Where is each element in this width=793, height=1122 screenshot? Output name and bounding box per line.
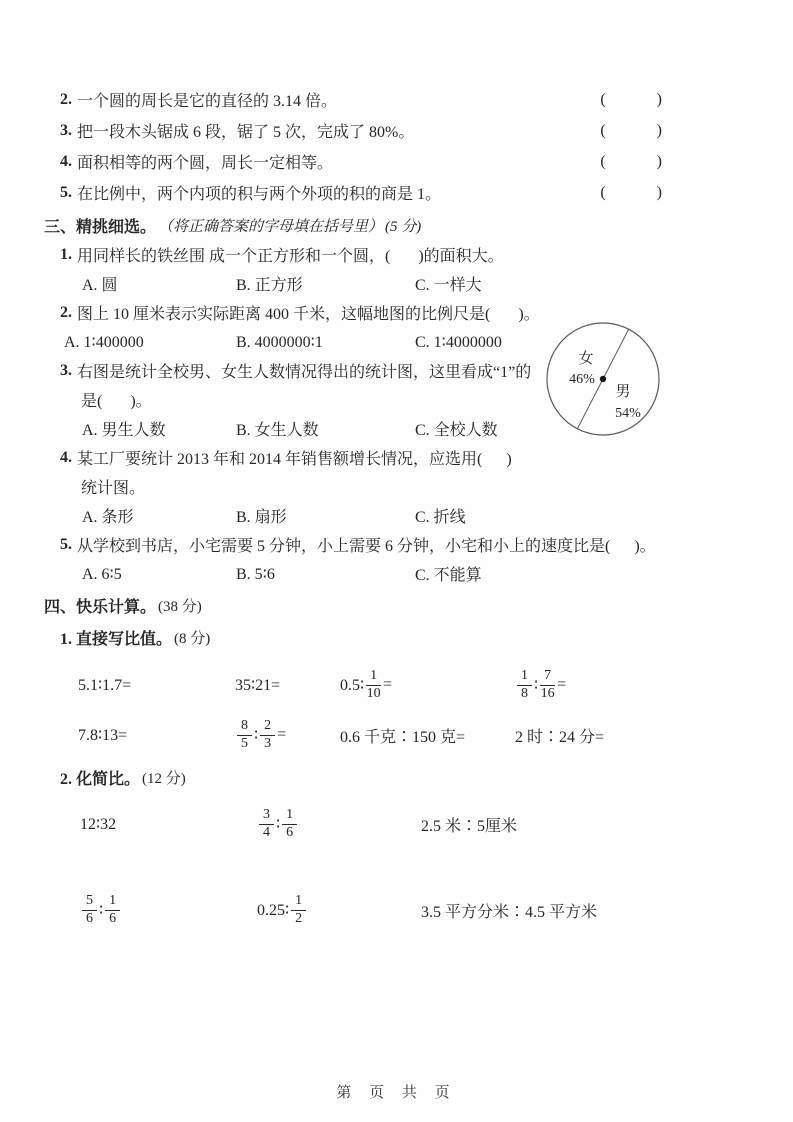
question-number: 5.: [60, 536, 72, 554]
fraction: 110: [366, 669, 381, 701]
expression: 0.6 千克∶150 克=: [340, 724, 515, 747]
expression: 12∶32: [80, 814, 257, 834]
item-text: 把一段木头锯成 6 段，锯了 5 次，完成了 80%。: [77, 119, 414, 142]
page-footer: 第 页 共 页: [0, 1081, 793, 1102]
fraction: 85: [237, 719, 252, 751]
write-ratio-row-1: 5.1∶1.7= 35∶21= 0.5∶110= 18∶716=: [60, 660, 745, 710]
fraction: 18: [517, 669, 532, 701]
option-c: C. 折线: [415, 504, 745, 527]
pie-slice-female-percent: 46%: [569, 372, 595, 387]
tf-item-4: 4. 面积相等的两个圆，周长一定相等。 ( ): [60, 146, 745, 177]
choice-q5: 5. 从学校到书店，小宅需要 5 分钟，小上需要 6 分钟，小宅和小上的速度比是…: [60, 530, 745, 559]
sub-label-score: (8 分): [174, 627, 210, 648]
expression: 34∶16: [257, 808, 421, 840]
question-text: 右图是统计全校男、女生人数情况得出的统计图，这里看成“1”的: [77, 359, 531, 382]
fraction: 16: [105, 894, 120, 926]
tf-item-3: 3. 把一段木头锯成 6 段，锯了 5 次，完成了 80%。 ( ): [60, 115, 745, 146]
section-note: （将正确答案的字母填在括号里）: [158, 215, 383, 236]
expression: 0.25∶12: [257, 894, 421, 926]
choice-q1-options: A. 圆 B. 正方形 C. 一样大: [60, 269, 745, 298]
option-b: B. 女生人数: [236, 417, 415, 440]
fraction: 16: [282, 808, 297, 840]
fraction: 716: [540, 669, 555, 701]
exam-paper-page: 2. 一个圆的周长是它的直径的 3.14 倍。 ( ) 3. 把一段木头锯成 6…: [0, 0, 793, 1122]
sub-label-text: 1. 直接写比值。: [60, 626, 172, 649]
simplify-row-1: 12∶32 34∶16 2.5 米∶5厘米: [60, 800, 745, 848]
pie-slice-male-percent: 54%: [615, 406, 641, 421]
choice-q1: 1. 用同样长的铁丝围 成一个正方形和一个圆，( )的面积大。: [60, 240, 745, 269]
option-a: A. 1∶400000: [64, 332, 236, 352]
answer-bracket: ( ): [600, 184, 663, 202]
pie-slice-male-label: 男: [615, 383, 630, 400]
expression: 85∶23=: [235, 719, 340, 751]
write-ratio-row-2: 7.8∶13= 85∶23= 0.6 千克∶150 克= 2 时∶24 分=: [60, 710, 745, 760]
answer-bracket: ( ): [600, 153, 663, 171]
fraction: 34: [259, 808, 274, 840]
tf-item-2: 2. 一个圆的周长是它的直径的 3.14 倍。 ( ): [60, 84, 745, 115]
expression: 0.5∶110=: [340, 669, 515, 701]
option-b: B. 5∶6: [236, 564, 415, 584]
choice-q4-options: A. 条形 B. 扇形 C. 折线: [60, 501, 745, 530]
option-a: A. 圆: [82, 272, 236, 295]
answer-bracket: ( ): [600, 91, 663, 109]
option-b: B. 扇形: [236, 504, 415, 527]
expression: 2.5 米∶5厘米: [421, 813, 745, 836]
question-number: 2.: [60, 304, 72, 322]
section-4-heading: 四、快乐计算。 (38 分): [44, 590, 745, 620]
fraction: 12: [291, 894, 306, 926]
question-text: 图上 10 厘米表示实际距离 400 千米，这幅地图的比例尺是( )。: [77, 301, 540, 324]
question-number: 1.: [60, 246, 72, 264]
choice-q4-line2: 统计图。: [60, 472, 745, 501]
answer-bracket: ( ): [600, 122, 663, 140]
section-3-heading: 三、精挑细选。 （将正确答案的字母填在括号里） (5 分): [44, 210, 745, 240]
question-number: 4.: [60, 449, 72, 467]
fraction: 23: [260, 719, 275, 751]
write-ratio-label: 1. 直接写比值。 (8 分): [60, 623, 745, 652]
section-score: (5 分): [385, 215, 421, 236]
choice-q4-line1: 4. 某工厂要统计 2013 年和 2014 年销售额增长情况，应选用( ): [60, 443, 745, 472]
expression: 2 时∶24 分=: [515, 724, 745, 747]
expression: 35∶21=: [235, 675, 340, 695]
question-text: 是( )。: [81, 388, 152, 411]
question-number: 3.: [60, 362, 72, 380]
item-text: 在比例中，两个内项的积与两个外项的积的商是 1。: [77, 181, 441, 204]
calc-section: 四、快乐计算。 (38 分) 1. 直接写比值。 (8 分) 5.1∶1.7= …: [60, 590, 745, 934]
question-text: 用同样长的铁丝围 成一个正方形和一个圆，( )的面积大。: [77, 243, 504, 266]
expression: 3.5 平方分米∶4.5 平方米: [421, 899, 745, 922]
sub-label-text: 2. 化简比。: [60, 766, 140, 789]
gender-pie-chart: 女 46% 男 54%: [544, 320, 664, 440]
fraction: 56: [82, 894, 97, 926]
simplify-ratio-label: 2. 化简比。 (12 分): [60, 763, 745, 792]
pie-chart-svg: 女 46% 男 54%: [544, 320, 662, 438]
item-number: 2.: [60, 91, 72, 109]
item-number: 5.: [60, 184, 72, 202]
section-score: (38 分): [158, 595, 202, 616]
option-a: A. 6∶5: [82, 564, 236, 584]
item-number: 4.: [60, 153, 72, 171]
option-a: A. 条形: [82, 504, 236, 527]
expression: 7.8∶13=: [78, 725, 235, 745]
expression: 18∶716=: [515, 669, 745, 701]
item-text: 一个圆的周长是它的直径的 3.14 倍。: [77, 88, 337, 111]
question-text: 某工厂要统计 2013 年和 2014 年销售额增长情况，应选用( ): [77, 446, 512, 469]
true-false-section: 2. 一个圆的周长是它的直径的 3.14 倍。 ( ) 3. 把一段木头锯成 6…: [60, 84, 745, 208]
choice-q5-options: A. 6∶5 B. 5∶6 C. 不能算: [60, 559, 745, 588]
option-c: C. 不能算: [415, 562, 745, 585]
option-b: B. 正方形: [236, 272, 415, 295]
section-title: 四、快乐计算。: [44, 594, 156, 617]
simplify-row-2: 56∶16 0.25∶12 3.5 平方分米∶4.5 平方米: [60, 886, 745, 934]
sub-label-score: (12 分): [142, 767, 186, 788]
option-a: A. 男生人数: [82, 417, 236, 440]
item-text: 面积相等的两个圆，周长一定相等。: [77, 150, 333, 173]
expression: 56∶16: [80, 894, 257, 926]
question-text: 统计图。: [81, 475, 145, 498]
pie-center-dot: [600, 376, 606, 382]
expression: 5.1∶1.7=: [78, 675, 235, 695]
tf-item-5: 5. 在比例中，两个内项的积与两个外项的积的商是 1。 ( ): [60, 177, 745, 208]
pie-slice-female-label: 女: [578, 350, 593, 367]
section-title: 三、精挑细选。: [44, 214, 156, 237]
question-text: 从学校到书店，小宅需要 5 分钟，小上需要 6 分钟，小宅和小上的速度比是( )…: [77, 533, 656, 556]
item-number: 3.: [60, 122, 72, 140]
option-c: C. 一样大: [415, 272, 745, 295]
option-b: B. 4000000∶1: [236, 332, 415, 352]
